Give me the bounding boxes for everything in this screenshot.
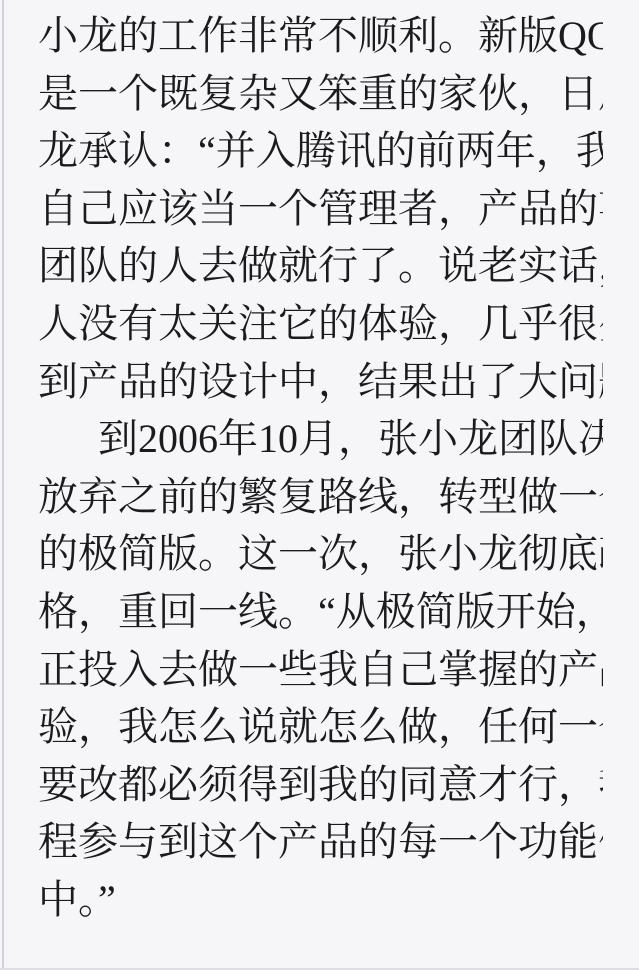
paragraph: 小龙的工作非常不顺利。新版QQ邮箱是一个既复杂又笨重的家伙，日后张小龙承认：“并… bbox=[38, 7, 603, 410]
text-line: 的极简版。这一次，张小龙彻底改变风 bbox=[38, 525, 603, 583]
text-line: 是一个既复杂又笨重的家伙，日后张小 bbox=[38, 65, 603, 123]
text-line: 正投入去做一些我自己掌握的产品体 bbox=[38, 641, 603, 699]
text-line: 放弃之前的繁复路线，转型做一个轻便 bbox=[38, 468, 603, 526]
text-line: 中。” bbox=[38, 871, 603, 929]
text-line: 小龙的工作非常不顺利。新版QQ邮箱 bbox=[38, 7, 603, 65]
text-line: 到2006年10月，张小龙团队决定 bbox=[38, 410, 603, 468]
text-line: 自己应该当一个管理者，产品的事情让 bbox=[38, 180, 603, 238]
text-line: 验，我怎么说就怎么做，任何一个元素 bbox=[38, 698, 603, 756]
text-line: 团队的人去做就行了。说老实话，我个 bbox=[38, 237, 603, 295]
text-line: 要改都必须得到我的同意才行，我会全 bbox=[38, 756, 603, 814]
text-line: 到产品的设计中，结果出了大问题。” bbox=[38, 353, 603, 411]
reader-page[interactable]: 小龙的工作非常不顺利。新版QQ邮箱是一个既复杂又笨重的家伙，日后张小龙承认：“并… bbox=[0, 0, 639, 970]
text-body: 小龙的工作非常不顺利。新版QQ邮箱是一个既复杂又笨重的家伙，日后张小龙承认：“并… bbox=[0, 0, 639, 929]
text-line: 程参与到这个产品的每一个功能体验 bbox=[38, 813, 603, 871]
paragraph: 到2006年10月，张小龙团队决定放弃之前的繁复路线，转型做一个轻便的极简版。这… bbox=[38, 410, 603, 928]
text-line: 龙承认：“并入腾讯的前两年，我觉得 bbox=[38, 122, 603, 180]
text-line: 格，重回一线。“从极简版开始，我真 bbox=[38, 583, 603, 641]
text-line: 人没有太关注它的体验，几乎很少参与 bbox=[38, 295, 603, 353]
